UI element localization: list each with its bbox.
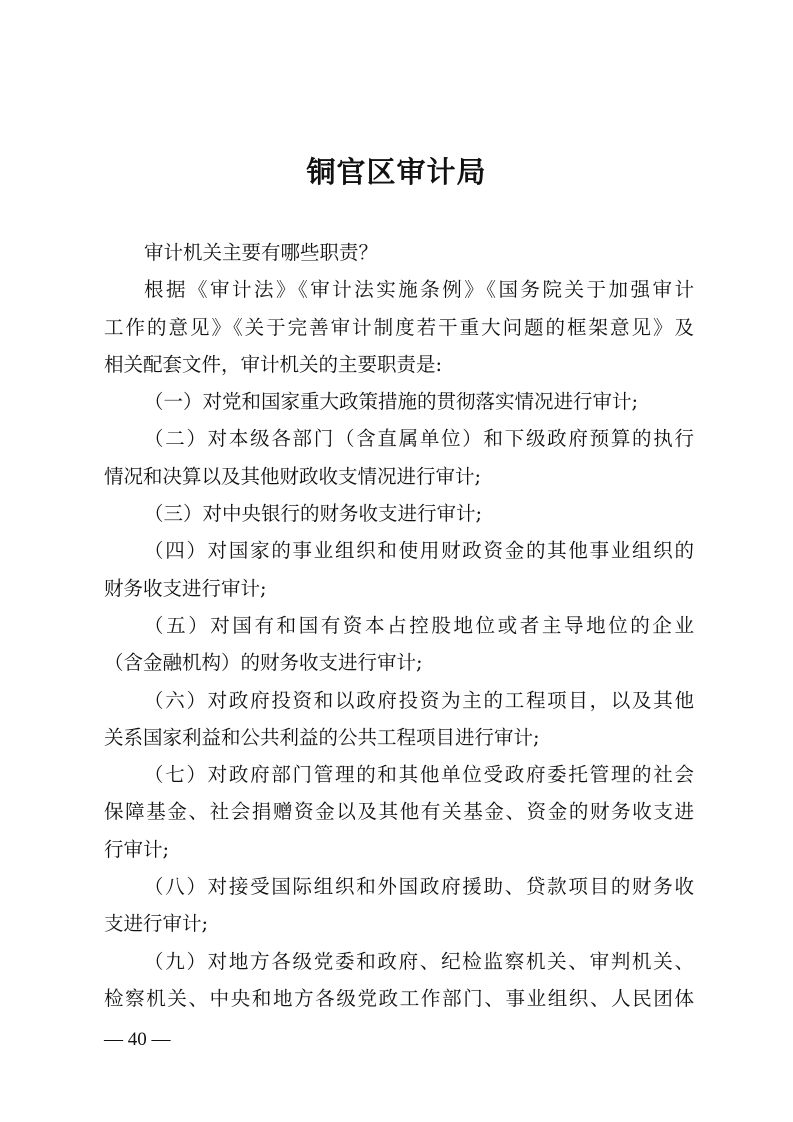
duty-item-9-cont: 检察机关、中央和地方各级党政工作部门、事业组织、人民团体: [104, 980, 694, 1017]
intro-line: 工作的意见》《关于完善审计制度若干重大问题的框架意见》及: [104, 309, 694, 346]
duty-item-1: （一）对党和国家重大政策措施的贯彻落实情况进行审计;: [104, 383, 694, 420]
intro-line: 根据《审计法》《审计法实施条例》《国务院关于加强审计: [104, 271, 694, 308]
duty-item-7-cont: 行审计;: [104, 831, 694, 868]
duty-item-5: （五）对国有和国有资本占控股地位或者主导地位的企业: [104, 607, 694, 644]
duty-item-5-cont: （含金融机构）的财务收支进行审计;: [104, 644, 694, 681]
duty-item-8: （八）对接受国际组织和外国政府援助、贷款项目的财务收: [104, 868, 694, 905]
document-page: 铜官区审计局 审计机关主要有哪些职责？ 根据《审计法》《审计法实施条例》《国务院…: [0, 0, 793, 1122]
duty-item-2-cont: 情况和决算以及其他财政收支情况进行审计;: [104, 458, 694, 495]
intro-line: 相关配套文件，审计机关的主要职责是:: [104, 346, 694, 383]
duty-item-4-cont: 财务收支进行审计;: [104, 570, 694, 607]
duty-item-4: （四）对国家的事业组织和使用财政资金的其他事业组织的: [104, 532, 694, 569]
duty-item-8-cont: 支进行审计;: [104, 905, 694, 942]
duty-item-7: （七）对政府部门管理的和其他单位受政府委托管理的社会: [104, 756, 694, 793]
duty-item-9: （九）对地方各级党委和政府、纪检监察机关、审判机关、: [104, 943, 694, 980]
document-title: 铜官区审计局: [0, 152, 793, 192]
duty-item-2: （二）对本级各部门（含直属单位）和下级政府预算的执行: [104, 420, 694, 457]
duty-item-3: （三）对中央银行的财务收支进行审计;: [104, 495, 694, 532]
question-heading: 审计机关主要有哪些职责？: [104, 234, 694, 271]
duty-item-6-cont: 关系国家利益和公共利益的公共工程项目进行审计;: [104, 719, 694, 756]
page-number: — 40 —: [104, 1025, 171, 1055]
duty-item-6: （六）对政府投资和以政府投资为主的工程项目，以及其他: [104, 682, 694, 719]
document-body: 审计机关主要有哪些职责？ 根据《审计法》《审计法实施条例》《国务院关于加强审计 …: [104, 234, 694, 1017]
duty-item-7-cont: 保障基金、社会捐赠资金以及其他有关基金、资金的财务收支进: [104, 793, 694, 830]
